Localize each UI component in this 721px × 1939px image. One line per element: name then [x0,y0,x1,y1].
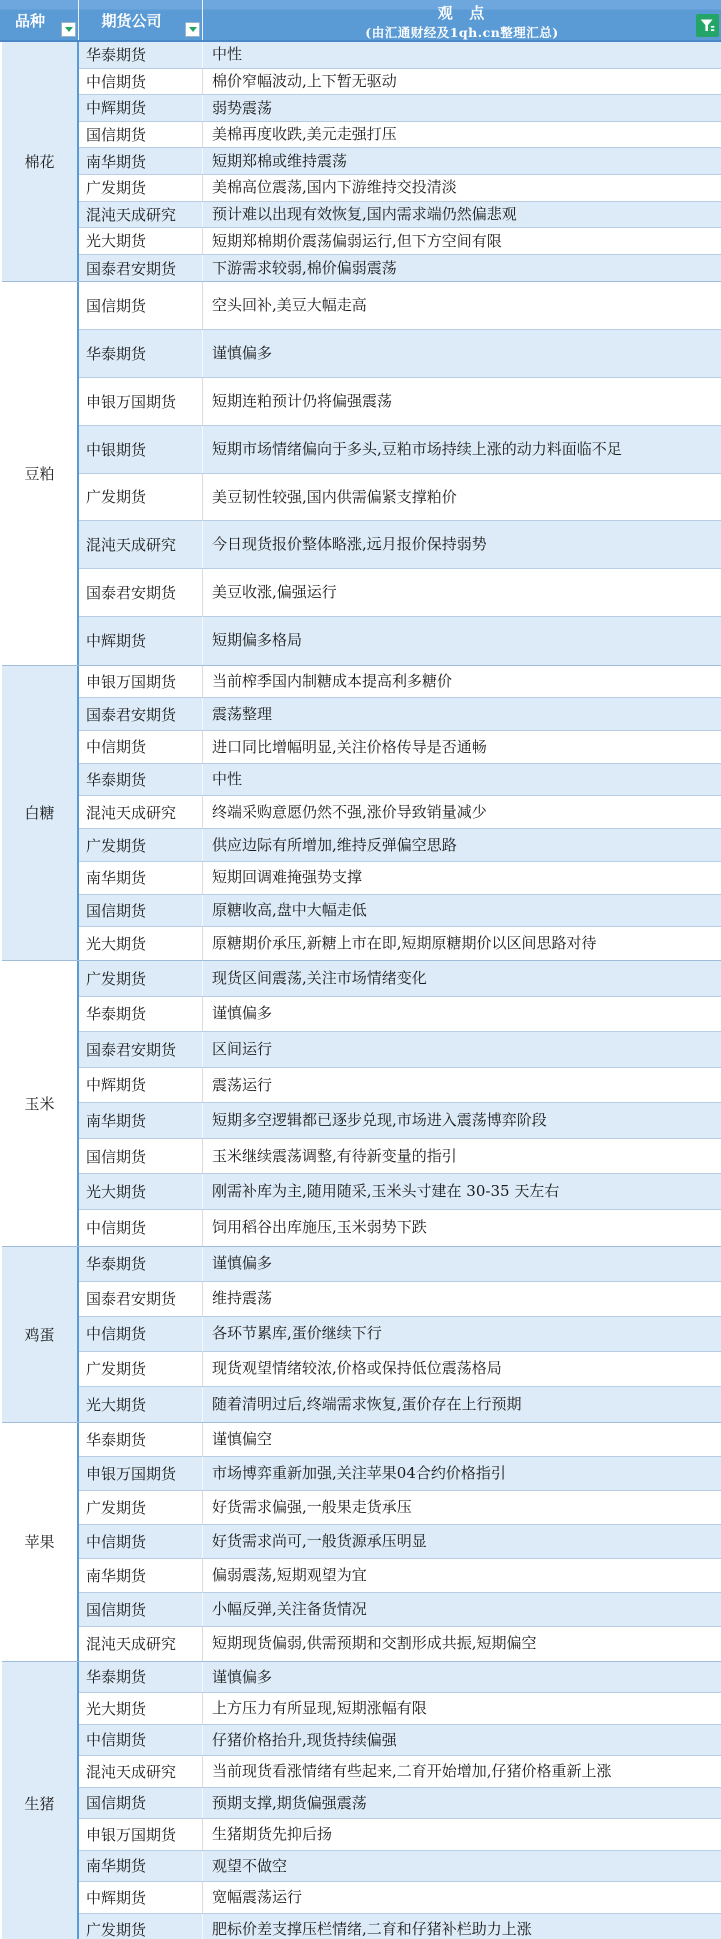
company-cell: 广发期货 [79,1352,203,1386]
company-cell: 华泰期货 [79,1247,203,1281]
table-row: 中辉期货震荡运行 [79,1068,721,1104]
table-row: 中银期货短期市场情绪偏向于多头,豆粕市场持续上涨的动力料面临不足 [79,426,721,474]
viewpoint-cell: 区间运行 [203,1032,721,1067]
company-cell: 国信期货 [79,282,203,329]
table-row: 华泰期货谨慎偏多 [79,1662,721,1694]
viewpoint-cell: 短期回调难掩强势支撑 [203,862,721,894]
table-row: 混沌天成研究终端采购意愿仍然不强,涨价导致销量减少 [79,796,721,829]
company-cell: 中辉期货 [79,1882,203,1913]
viewpoint-cell: 谨慎偏多 [203,1662,721,1693]
viewpoint-cell: 美豆韧性较强,国内供需偏紧支撑粕价 [203,474,721,521]
variety-column-header: 品种 [0,0,60,40]
commodity-section: 棉花华泰期货中性中信期货棉价窄幅波动,上下暂无驱动中辉期货弱势震荡国信期货美棉再… [2,42,721,282]
company-cell: 混沌天成研究 [79,202,203,228]
table-row: 中信期货各环节累库,蛋价继续下行 [79,1317,721,1352]
table-row: 华泰期货谨慎偏空 [79,1423,721,1457]
company-cell: 中信期货 [79,1525,203,1558]
company-cell: 中银期货 [79,426,203,473]
company-cell: 光大期货 [79,1693,203,1724]
viewpoint-cell: 谨慎偏多 [203,330,721,377]
viewpoint-cell: 原糖期价承压,新糖上市在即,短期原糖期价以区间思路对待 [203,927,721,960]
company-cell: 中信期货 [79,731,203,763]
table-row: 国泰君安期货下游需求较弱,棉价偏弱震荡 [79,255,721,282]
variety-filter-dropdown[interactable] [61,22,76,37]
table-row: 华泰期货谨慎偏多 [79,330,721,378]
table-row: 光大期货随着清明过后,终端需求恢复,蛋价存在上行预期 [79,1387,721,1422]
table-row: 申银万国期货当前榨季国内制糖成本提高利多糖价 [79,666,721,699]
company-cell: 国信期货 [79,1788,203,1819]
viewpoint-cell: 短期郑棉期价震荡偏弱运行,但下方空间有限 [203,228,721,254]
viewpoint-cell: 谨慎偏多 [203,1247,721,1281]
company-cell: 中信期货 [79,1210,203,1246]
company-cell: 中辉期货 [79,95,203,121]
company-cell: 光大期货 [79,1387,203,1422]
variety-cell: 玉米 [2,961,79,1246]
viewpoint-cell: 预期支撑,期货偏强震荡 [203,1788,721,1819]
viewpoint-cell: 今日现货报价整体略涨,远月报价保持弱势 [203,521,721,568]
table-row: 国泰君安期货维持震荡 [79,1282,721,1317]
table-row: 中辉期货弱势震荡 [79,95,721,122]
company-cell: 中辉期货 [79,1068,203,1103]
company-cell: 中信期货 [79,1317,203,1351]
viewpoint-cell: 中性 [203,764,721,796]
table-row: 中辉期货短期偏多格局 [79,617,721,665]
table-row: 国信期货小幅反弹,关注备货情况 [79,1593,721,1627]
company-cell: 国信期货 [79,895,203,927]
company-cell: 国泰君安期货 [79,1032,203,1067]
table-body: 棉花华泰期货中性中信期货棉价窄幅波动,上下暂无驱动中辉期货弱势震荡国信期货美棉再… [0,42,721,1939]
company-cell: 中信期货 [79,69,203,95]
table-row: 中信期货好货需求尚可,一般货源承压明显 [79,1525,721,1559]
company-cell: 南华期货 [79,862,203,894]
company-cell: 华泰期货 [79,1423,203,1456]
viewpoint-cell: 好货需求尚可,一般货源承压明显 [203,1525,721,1558]
viewpoint-cell: 下游需求较弱,棉价偏弱震荡 [203,255,721,282]
table-row: 国泰君安期货区间运行 [79,1032,721,1068]
company-cell: 华泰期货 [79,330,203,377]
viewpoint-cell: 棉价窄幅波动,上下暂无驱动 [203,69,721,95]
table-row: 南华期货偏弱震荡,短期观望为宜 [79,1559,721,1593]
company-cell: 华泰期货 [79,1662,203,1693]
viewpoint-cell: 肥标价差支撑压栏情绪,二育和仔猪补栏助力上涨 [203,1914,721,1939]
table-row: 华泰期货中性 [79,764,721,797]
commodity-section: 生猪华泰期货谨慎偏多光大期货上方压力有所显现,短期涨幅有限中信期货仔猪价格抬升,… [2,1662,721,1939]
company-cell: 国信期货 [79,122,203,148]
company-cell: 广发期货 [79,1914,203,1939]
table-row: 华泰期货中性 [79,42,721,69]
chevron-down-icon [65,27,73,32]
viewpoint-cell: 各环节累库,蛋价继续下行 [203,1317,721,1351]
viewpoint-cell: 市场博弈重新加强,关注苹果04合约价格指引 [203,1457,721,1490]
company-cell: 混沌天成研究 [79,521,203,568]
viewpoint-cell: 好货需求偏强,一般果走货承压 [203,1491,721,1524]
viewpoint-cell: 空头回补,美豆大幅走高 [203,282,721,329]
viewpoint-cell: 维持震荡 [203,1282,721,1316]
company-cell: 申银万国期货 [79,666,203,698]
viewpoint-cell: 玉米继续震荡调整,有待新变量的指引 [203,1139,721,1174]
table-row: 混沌天成研究短期现货偏弱,供需预期和交割形成共振,短期偏空 [79,1627,721,1661]
company-cell: 南华期货 [79,1851,203,1882]
company-cell: 国泰君安期货 [79,569,203,616]
company-cell: 混沌天成研究 [79,1756,203,1787]
table-row: 混沌天成研究今日现货报价整体略涨,远月报价保持弱势 [79,521,721,569]
table-row: 国信期货美棉再度收跌,美元走强打压 [79,122,721,149]
company-cell: 广发期货 [79,1491,203,1524]
chevron-down-icon [189,27,197,32]
company-cell: 广发期货 [79,474,203,521]
table-row: 光大期货原糖期价承压,新糖上市在即,短期原糖期价以区间思路对待 [79,927,721,960]
viewpoint-column-header: 观 点 [203,0,721,23]
viewpoint-cell: 刚需补库为主,随用随采,玉米头寸建在 30-35 天左右 [203,1174,721,1209]
table-header: 品种 期货公司 观 点 (由汇通财经及1qh.cn整理汇总) [0,0,721,42]
table-row: 华泰期货谨慎偏多 [79,997,721,1033]
viewpoint-cell: 中性 [203,42,721,68]
commodity-section: 鸡蛋华泰期货谨慎偏多国泰君安期货维持震荡中信期货各环节累库,蛋价继续下行广发期货… [2,1247,721,1423]
company-cell: 申银万国期货 [79,1457,203,1490]
header-company-cell: 期货公司 [79,0,203,40]
viewpoint-cell: 美棉高位震荡,国内下游维持交投清淡 [203,175,721,201]
company-cell: 华泰期货 [79,997,203,1032]
company-cell: 中辉期货 [79,617,203,665]
table-row: 广发期货现货观望情绪较浓,价格或保持低位震荡格局 [79,1352,721,1387]
company-filter-dropdown[interactable] [185,22,200,37]
company-cell: 广发期货 [79,175,203,201]
company-cell: 混沌天成研究 [79,1627,203,1661]
variety-cell: 生猪 [2,1662,79,1939]
variety-cell: 豆粕 [2,282,79,664]
viewpoint-cell: 原糖收高,盘中大幅走低 [203,895,721,927]
company-cell: 国信期货 [79,1593,203,1626]
table-row: 南华期货观望不做空 [79,1851,721,1883]
variety-cell: 棉花 [2,42,79,281]
viewpoint-cell: 偏弱震荡,短期观望为宜 [203,1559,721,1592]
table-row: 国泰君安期货震荡整理 [79,698,721,731]
viewpoint-cell: 上方压力有所显现,短期涨幅有限 [203,1693,721,1724]
viewpoint-cell: 饲用稻谷出库施压,玉米弱势下跌 [203,1210,721,1246]
commodity-section: 豆粕国信期货空头回补,美豆大幅走高华泰期货谨慎偏多申银万国期货短期连粕预计仍将偏… [2,282,721,665]
commodity-section: 苹果华泰期货谨慎偏空申银万国期货市场博弈重新加强,关注苹果04合约价格指引广发期… [2,1423,721,1662]
table-row: 中信期货进口同比增幅明显,关注价格传导是否通畅 [79,731,721,764]
company-cell: 混沌天成研究 [79,796,203,828]
company-cell: 光大期货 [79,228,203,254]
company-cell: 南华期货 [79,1103,203,1138]
company-cell: 国信期货 [79,1139,203,1174]
table-row: 中信期货仔猪价格抬升,现货持续偏强 [79,1725,721,1757]
viewpoint-cell: 现货观望情绪较浓,价格或保持低位震荡格局 [203,1352,721,1386]
company-cell: 广发期货 [79,829,203,861]
variety-cell: 白糖 [2,666,79,960]
viewpoint-cell: 弱势震荡 [203,95,721,121]
viewpoint-cell: 供应边际有所增加,维持反弹偏空思路 [203,829,721,861]
viewpoint-cell: 预计难以出现有效恢复,国内需求端仍然偏悲观 [203,202,721,228]
header-variety-cell: 品种 [0,0,79,40]
header-viewpoint-cell: 观 点 (由汇通财经及1qh.cn整理汇总) [203,0,721,40]
variety-cell: 鸡蛋 [2,1247,79,1422]
viewpoint-subtitle: (由汇通财经及1qh.cn整理汇总) [203,23,721,41]
viewpoint-cell: 仔猪价格抬升,现货持续偏强 [203,1725,721,1756]
table-row: 广发期货好货需求偏强,一般果走货承压 [79,1491,721,1525]
table-row: 混沌天成研究当前现货看涨情绪有些起来,二育开始增加,仔猪价格重新上涨 [79,1756,721,1788]
table-row: 广发期货现货区间震荡,关注市场情绪变化 [79,961,721,997]
table-row: 国信期货玉米继续震荡调整,有待新变量的指引 [79,1139,721,1175]
viewpoint-cell: 短期郑棉或维持震荡 [203,148,721,174]
viewpoint-cell: 观望不做空 [203,1851,721,1882]
viewpoint-cell: 谨慎偏空 [203,1423,721,1456]
viewpoint-cell: 谨慎偏多 [203,997,721,1032]
company-cell: 南华期货 [79,148,203,174]
viewpoint-cell: 进口同比增幅明显,关注价格传导是否通畅 [203,731,721,763]
viewpoint-cell: 现货区间震荡,关注市场情绪变化 [203,961,721,996]
viewpoint-cell: 随着清明过后,终端需求恢复,蛋价存在上行预期 [203,1387,721,1422]
viewpoint-cell: 生猪期货先抑后扬 [203,1819,721,1850]
company-cell: 国泰君安期货 [79,1282,203,1316]
viewpoint-cell: 当前现货看涨情绪有些起来,二育开始增加,仔猪价格重新上涨 [203,1756,721,1787]
table-row: 中辉期货宽幅震荡运行 [79,1882,721,1914]
viewpoint-cell: 短期连粕预计仍将偏强震荡 [203,378,721,425]
viewpoint-cell: 美棉再度收跌,美元走强打压 [203,122,721,148]
table-row: 国信期货预期支撑,期货偏强震荡 [79,1788,721,1820]
company-cell: 中信期货 [79,1725,203,1756]
commodity-section: 白糖申银万国期货当前榨季国内制糖成本提高利多糖价国泰君安期货震荡整理中信期货进口… [2,666,721,961]
table-row: 中信期货棉价窄幅波动,上下暂无驱动 [79,69,721,96]
table-row: 国信期货空头回补,美豆大幅走高 [79,282,721,330]
filter-funnel-button[interactable] [696,14,719,37]
futures-opinions-spreadsheet: 品种 期货公司 观 点 (由汇通财经及1qh.cn整理汇总) 棉花华泰期货中性 [0,0,721,1939]
table-row: 华泰期货谨慎偏多 [79,1247,721,1282]
table-row: 申银万国期货短期连粕预计仍将偏强震荡 [79,378,721,426]
table-row: 广发期货美棉高位震荡,国内下游维持交投清淡 [79,175,721,202]
table-row: 光大期货上方压力有所显现,短期涨幅有限 [79,1693,721,1725]
table-row: 广发期货美豆韧性较强,国内供需偏紧支撑粕价 [79,474,721,522]
company-cell: 申银万国期货 [79,1819,203,1850]
company-cell: 华泰期货 [79,42,203,68]
table-row: 申银万国期货生猪期货先抑后扬 [79,1819,721,1851]
viewpoint-cell: 短期市场情绪偏向于多头,豆粕市场持续上涨的动力料面临不足 [203,426,721,473]
table-row: 广发期货供应边际有所增加,维持反弹偏空思路 [79,829,721,862]
table-row: 混沌天成研究预计难以出现有效恢复,国内需求端仍然偏悲观 [79,202,721,229]
viewpoint-cell: 震荡整理 [203,698,721,730]
variety-cell: 苹果 [2,1423,79,1661]
company-cell: 光大期货 [79,927,203,960]
company-cell: 国泰君安期货 [79,698,203,730]
company-cell: 华泰期货 [79,764,203,796]
table-row: 国信期货原糖收高,盘中大幅走低 [79,895,721,928]
company-cell: 光大期货 [79,1174,203,1209]
viewpoint-cell: 小幅反弹,关注备货情况 [203,1593,721,1626]
viewpoint-cell: 短期偏多格局 [203,617,721,665]
table-row: 光大期货短期郑棉期价震荡偏弱运行,但下方空间有限 [79,228,721,255]
viewpoint-cell: 美豆收涨,偏强运行 [203,569,721,616]
table-row: 光大期货刚需补库为主,随用随采,玉米头寸建在 30-35 天左右 [79,1174,721,1210]
table-row: 南华期货短期多空逻辑都已逐步兑现,市场进入震荡博弈阶段 [79,1103,721,1139]
table-row: 南华期货短期回调难掩强势支撑 [79,862,721,895]
company-column-header: 期货公司 [79,0,184,40]
table-row: 广发期货肥标价差支撑压栏情绪,二育和仔猪补栏助力上涨 [79,1914,721,1939]
viewpoint-cell: 当前榨季国内制糖成本提高利多糖价 [203,666,721,698]
table-row: 国泰君安期货美豆收涨,偏强运行 [79,569,721,617]
table-row: 南华期货短期郑棉或维持震荡 [79,148,721,175]
company-cell: 申银万国期货 [79,378,203,425]
company-cell: 国泰君安期货 [79,255,203,282]
viewpoint-cell: 短期现货偏弱,供需预期和交割形成共振,短期偏空 [203,1627,721,1661]
commodity-section: 玉米广发期货现货区间震荡,关注市场情绪变化华泰期货谨慎偏多国泰君安期货区间运行中… [2,961,721,1247]
viewpoint-cell: 震荡运行 [203,1068,721,1103]
viewpoint-cell: 宽幅震荡运行 [203,1882,721,1913]
viewpoint-cell: 终端采购意愿仍然不强,涨价导致销量减少 [203,796,721,828]
viewpoint-cell: 短期多空逻辑都已逐步兑现,市场进入震荡博弈阶段 [203,1103,721,1138]
filter-funnel-icon [699,17,716,34]
company-cell: 南华期货 [79,1559,203,1592]
company-cell: 广发期货 [79,961,203,996]
table-row: 中信期货饲用稻谷出库施压,玉米弱势下跌 [79,1210,721,1246]
table-row: 申银万国期货市场博弈重新加强,关注苹果04合约价格指引 [79,1457,721,1491]
